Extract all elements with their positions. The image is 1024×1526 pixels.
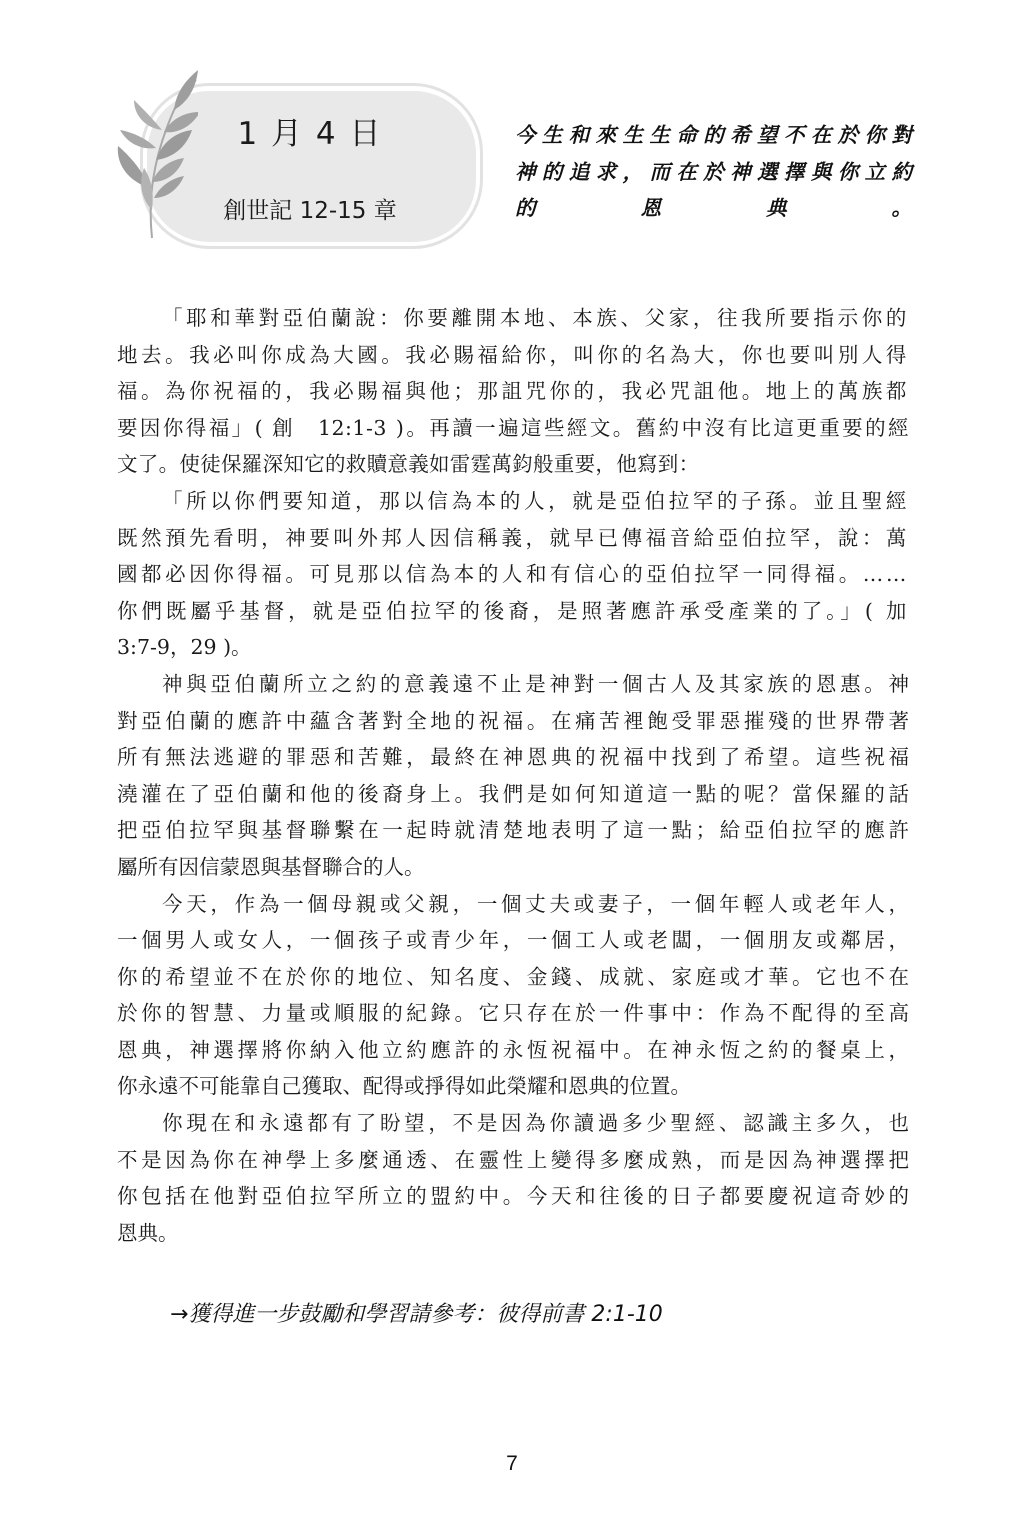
paragraph-hope: 你現在和永遠都有了盼望，不是因為你讀過多少聖經、認識主多久，也 不是因為你在神學… xyxy=(117,1105,909,1251)
text-line: 你現在和永遠都有了盼望，不是因為你讀過多少聖經、認識主多久，也 xyxy=(117,1105,909,1142)
text-line: 澆灌在了亞伯蘭和他的後裔身上。我們是如何知道這一點的呢？當保羅的話 xyxy=(117,776,909,813)
text-line: 把亞伯拉罕與基督聯繫在一起時就清楚地表明了這一點；給亞伯拉罕的應許 xyxy=(117,812,909,849)
text-line: 福。為你祝福的，我必賜福與他；那詛咒你的，我必咒詛他。地上的萬族都 xyxy=(117,373,909,410)
text-line: 所有無法逃避的罪惡和苦難，最終在神恩典的祝福中找到了希望。這些祝福 xyxy=(117,739,909,776)
text-line: 不是因為你在神學上多麼通透、在靈性上變得多麼成熟，而是因為神選擇把 xyxy=(117,1142,909,1179)
text-line: 「耶和華對亞伯蘭說：你要離開本地、本族、父家，往我所要指示你的 xyxy=(117,300,909,337)
reading-date: 1 月 4 日 xyxy=(160,108,460,153)
text-line: 恩典，神選擇將你納入他立約應許的永恆祝福中。在神永恆之約的餐桌上， xyxy=(117,1032,909,1069)
text-line: 對亞伯蘭的應許中蘊含著對全地的祝福。在痛苦裡飽受罪惡摧殘的世界帶著 xyxy=(117,703,909,740)
paragraph-today: 今天，作為一個母親或父親，一個丈夫或妻子，一個年輕人或老年人， 一個男人或女人，… xyxy=(117,886,909,1106)
text-line: 國都必因你得福。可見那以信為本的人和有信心的亞伯拉罕一同得福。…… xyxy=(117,556,909,593)
paragraph-genesis-quote: 「耶和華對亞伯蘭說：你要離開本地、本族、父家，往我所要指示你的 地去。我必叫你成… xyxy=(117,300,909,483)
paragraph-covenant-meaning: 神與亞伯蘭所立之約的意義遠不止是神對一個古人及其家族的恩惠。神 對亞伯蘭的應許中… xyxy=(117,666,909,886)
epigraph-line: 今生和來生生命的希望不在於你對 xyxy=(515,117,915,154)
further-reading-reference: →獲得進一步鼓勵和學習請參考：彼得前書 2:1-10 xyxy=(170,1297,663,1328)
text-line: 神與亞伯蘭所立之約的意義遠不止是神對一個古人及其家族的恩惠。神 xyxy=(117,666,909,703)
text-line: 「所以你們要知道，那以信為本的人，就是亞伯拉罕的子孫。並且聖經 xyxy=(117,483,909,520)
text-line: 屬所有因信蒙恩與基督聯合的人。 xyxy=(117,849,909,886)
text-line: 你的希望並不在於你的地位、知名度、金錢、成就、家庭或才華。它也不在 xyxy=(117,959,909,996)
text-line: 恩典。 xyxy=(117,1215,909,1252)
text-line: 既然預先看明，神要叫外邦人因信稱義，就早已傳福音給亞伯拉罕，說：萬 xyxy=(117,520,909,557)
body-text: 「耶和華對亞伯蘭說：你要離開本地、本族、父家，往我所要指示你的 地去。我必叫你成… xyxy=(117,300,909,1251)
epigraph: 今生和來生生命的希望不在於你對 神的追求，而在於神選擇與你立約 的恩典。 xyxy=(515,117,915,227)
text-line: 今天，作為一個母親或父親，一個丈夫或妻子，一個年輕人或老年人， xyxy=(117,886,909,923)
text-line: 你永遠不可能靠自己獲取、配得或掙得如此榮耀和恩典的位置。 xyxy=(117,1068,909,1105)
epigraph-line: 的恩典。 xyxy=(515,190,915,227)
paragraph-galatians-quote: 「所以你們要知道，那以信為本的人，就是亞伯拉罕的子孫。並且聖經 既然預先看明，神… xyxy=(117,483,909,666)
reading-chapter: 創世記 12-15 章 xyxy=(160,192,460,225)
text-line: 文了。使徒保羅深知它的救贖意義如雷霆萬鈞般重要，他寫到： xyxy=(117,446,909,483)
text-line: 你們既屬乎基督，就是亞伯拉罕的後裔，是照著應許承受產業的了。」( 加 xyxy=(117,593,909,630)
text-line: 3:7-9，29 )。 xyxy=(117,629,909,666)
text-line: 你包括在他對亞伯拉罕所立的盟約中。今天和往後的日子都要慶祝這奇妙的 xyxy=(117,1178,909,1215)
epigraph-line: 神的追求，而在於神選擇與你立約 xyxy=(515,154,915,191)
text-line: 地去。我必叫你成為大國。我必賜福給你，叫你的名為大，你也要叫別人得 xyxy=(117,337,909,374)
text-line: 於你的智慧、力量或順服的紀錄。它只存在於一件事中：作為不配得的至高 xyxy=(117,995,909,1032)
page-number: 7 xyxy=(0,1452,1024,1476)
text-line: 一個男人或女人，一個孩子或青少年，一個工人或老闆，一個朋友或鄰居， xyxy=(117,922,909,959)
text-line: 要因你得福」( 創 12:1-3 )。再讀一遍這些經文。舊約中沒有比這更重要的經 xyxy=(117,410,909,447)
